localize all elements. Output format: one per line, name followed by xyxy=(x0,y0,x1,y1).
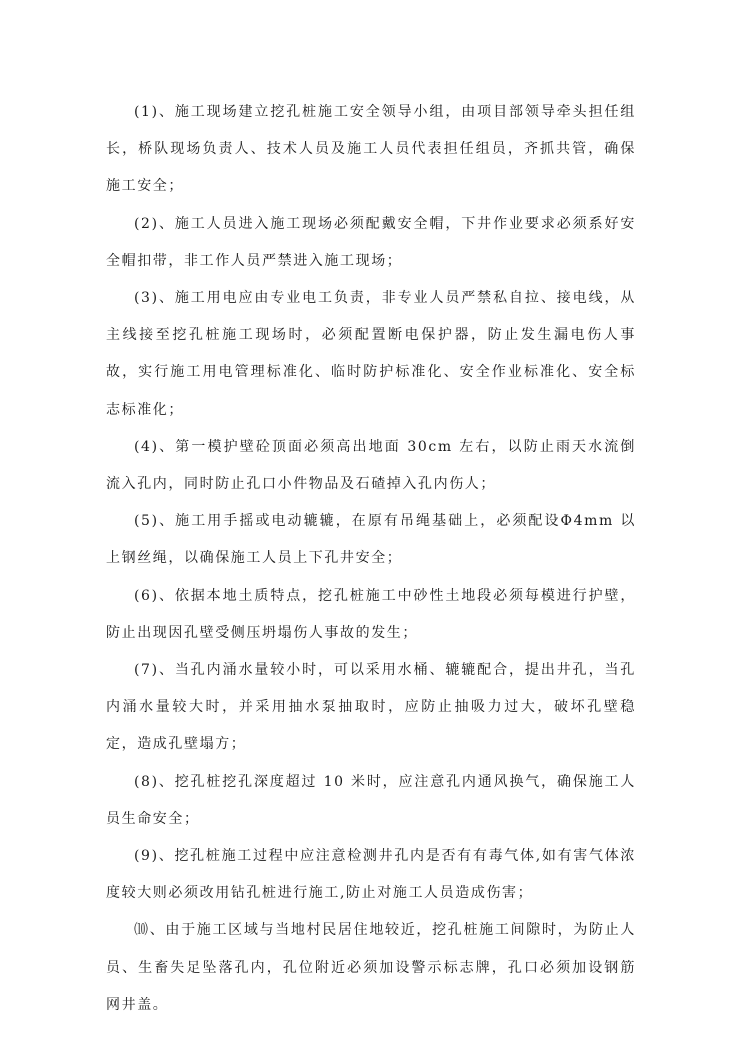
paragraph-6: (6)、依据本地土质特点，挖孔桩施工中砂性土地段必须每模进行护壁，防止出现因孔壁… xyxy=(106,578,636,652)
paragraph-5: (5)、施工用手摇或电动辘辘，在原有吊绳基础上，必须配设Φ4mm 以上钢丝绳，以… xyxy=(106,503,636,577)
paragraph-1: (1)、施工现场建立挖孔桩施工安全领导小组，由项目部领导牵头担任组长，桥队现场负… xyxy=(106,94,636,206)
paragraph-10: ⑽、由于施工区域与当地村民居住地较近，挖孔桩施工间隙时，为防止人员、生畜失足坠落… xyxy=(106,912,636,1024)
document-page: (1)、施工现场建立挖孔桩施工安全领导小组，由项目部领导牵头担任组长，桥队现场负… xyxy=(106,94,636,1024)
paragraph-4: (4)、第一模护壁砼顶面必须高出地面 30cm 左右，以防止雨天水流倒流入孔内，… xyxy=(106,429,636,503)
paragraph-8: (8)、挖孔桩挖孔深度超过 10 米时，应注意孔内通风换气，确保施工人员生命安全… xyxy=(106,764,636,838)
paragraph-9: (9)、挖孔桩施工过程中应注意检测井孔内是否有有毒气体,如有害气体浓度较大则必须… xyxy=(106,838,636,912)
paragraph-2: (2)、施工人员进入施工现场必须配戴安全帽，下井作业要求必须系好安全帽扣带，非工… xyxy=(106,206,636,280)
paragraph-7: (7)、当孔内涌水量较小时，可以采用水桶、辘辘配合，提出井孔，当孔内涌水量较大时… xyxy=(106,652,636,764)
paragraph-3: (3)、施工用电应由专业电工负责，非专业人员严禁私自拉、接电线，从主线接至挖孔桩… xyxy=(106,280,636,429)
